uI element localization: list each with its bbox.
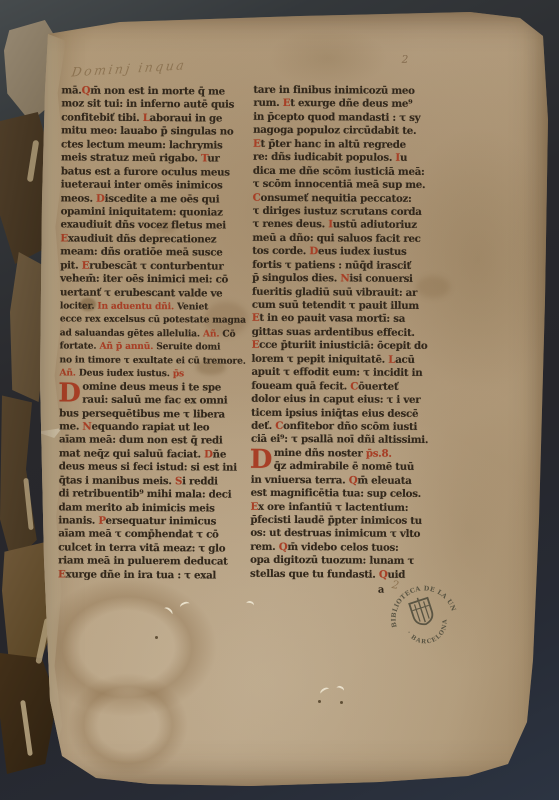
body-text: ōuerteť (358, 380, 398, 392)
body-text: q̄z admirabile ē nomē tuū (274, 460, 414, 473)
body-text: in vniuersa terra. (251, 473, 349, 486)
rubric-text: Añ p̄ annū. (99, 341, 153, 352)
body-text: ciā ei⁹: τ psallā noī dñi altissimi. (251, 433, 428, 446)
body-text: meū a dño: qui saluos facit rec (252, 232, 420, 245)
text-line: est magnificētia tua: sup celos. (251, 487, 451, 502)
body-text: opamini iniquitatem: quoniaz (61, 205, 223, 218)
folio-number: 2 (402, 54, 409, 66)
rubric-text: p̄s (173, 368, 184, 379)
text-line: tos corde. Deus iudex iustus (252, 245, 452, 260)
text-line: moz sit tui: in inferno autē quis (61, 98, 247, 113)
body-text: xaudiuit dñs deprecationez (68, 232, 216, 245)
text-line: deus meus si feci istud: si est ini (59, 461, 245, 476)
rubric-text: C (275, 420, 283, 432)
body-text: est magnificētia tua: sup celos. (251, 487, 421, 500)
rubric-text: E (58, 568, 66, 580)
binding-tatter (0, 392, 40, 564)
rubric-text: E (82, 259, 90, 271)
body-text: τ diriges iustuz scrutans corda (253, 205, 422, 218)
body-text: onfitebor dño scōm iusti (283, 420, 417, 433)
text-line: Domine deus meus i te spe (59, 380, 245, 395)
text-line: ticem ipsius iniq̄tas eius descē (251, 406, 451, 421)
body-text: aīam meā: dum non est q̄ redi (59, 434, 223, 447)
rubric-text: E (252, 312, 260, 324)
rubric-text: Q (349, 474, 358, 486)
body-text: dolor eius in caput eius: τ i ver (251, 393, 420, 406)
rubric-text: E (250, 500, 258, 512)
body-text: onsumeť nequitia peccatoz: (261, 191, 412, 204)
body-text: aīam meā τ comp̄hendat τ cō (58, 528, 218, 541)
body-text: dam merito ab inimicis meis (58, 501, 214, 514)
body-text: i reddi (182, 475, 218, 487)
photo-backdrop: Dominj inqua 2 mā.Qm̄ non est in morte q… (0, 0, 559, 800)
body-text: fortate. (60, 341, 100, 352)
text-line: exaudiuit dñs vocez fletus mei (60, 219, 246, 234)
rubric-text: D (309, 245, 318, 257)
body-text: aboraui in ge (150, 112, 223, 125)
rubric-text: Q (82, 85, 91, 97)
text-line: raui: saluū me fac ex omni (59, 393, 245, 408)
text-column-left: mā.Qm̄ non est in morte q̄ memoz sit tui… (58, 84, 247, 582)
body-text: meam: dñs oratiōe meā susce (60, 246, 222, 259)
body-text: mine dñs noster (274, 447, 366, 460)
body-text: opa digitozū tuozum: lunam τ (250, 554, 414, 567)
body-text: me. (59, 420, 82, 432)
body-text: ecce rex excelsus cū potestate magna (60, 314, 246, 326)
body-text: ctes lectum meum: lachrymis (61, 138, 223, 151)
body-text: mat neq̄z qui saluū faciat. (59, 447, 204, 460)
text-line: Et in eo pauit vasa mortī: sa (252, 312, 452, 327)
text-line: meam: dñs oratiōe meā susce (60, 246, 246, 261)
text-line: re: dñs iudicabit populos. Iu (253, 151, 453, 166)
text-line: nagoga populoz circūdabit te. (253, 124, 453, 139)
text-line: vehem̄: iter oēs inimici mei: cō (60, 273, 246, 288)
rubric-text: E (253, 138, 261, 150)
text-line: iueteraui inter omēs inimicos (61, 178, 247, 193)
body-text: batus est a furore oculus meus (61, 165, 230, 178)
body-text: deť. (251, 420, 275, 432)
text-line: q̄z admirabile ē nomē tuū (251, 460, 451, 475)
body-text: deus meus si feci istud: si est ini (59, 461, 237, 474)
body-text: culcet in terra vitā meaz: τ glo (58, 541, 225, 554)
text-line: apuit τ effodit eum: τ incidit in (251, 366, 451, 381)
text-block: Dominj inqua 2 mā.Qm̄ non est in morte q… (23, 8, 548, 792)
text-line: τ renes deus. Iustū adiutoriuz (252, 218, 452, 233)
text-line: os: ut destruas inimicum τ vlto (250, 527, 450, 542)
body-text: m̄ videbo celos tuos: (287, 541, 398, 554)
body-text: q̄tas i manibus meis. (59, 474, 175, 487)
body-text: iueteraui inter omēs inimicos (61, 178, 223, 191)
text-line: ad saluandas gētes allelulia. Añ. Cō (60, 326, 246, 341)
body-text: ersequatur inimicus (106, 515, 217, 528)
body-text: moz sit tui: in inferno autē quis (61, 98, 234, 111)
body-text: iscedite a me oēs qui (105, 192, 220, 205)
body-text: raui: saluū me fac ex omni (82, 394, 227, 407)
body-text: x ore infantiū τ lactentium: (258, 500, 408, 513)
body-text: Seruite domi (153, 341, 220, 352)
text-line: aīam meā τ comp̄hendat τ cō (58, 528, 244, 543)
body-text: apuit τ effodit eum: τ incidit in (251, 366, 422, 379)
body-text: xurge dñe in ira tua : τ exal (66, 568, 217, 581)
rubric-text: C (253, 191, 261, 203)
text-line: ciā ei⁹: τ psallā noī dñi altissimi. (251, 433, 451, 448)
handwritten-annotation: Dominj inqua (71, 54, 243, 80)
rubric-text: N (340, 272, 349, 284)
body-text: m̄ eleuata (357, 474, 411, 486)
text-line: p̄ singulos dies. Nisi conuersi (252, 272, 452, 287)
text-line: Exurge dñe in ira tua : τ exal (58, 568, 244, 583)
body-text: p̄ singulos dies. (252, 272, 340, 285)
body-text: t in eo pauit vasa mortī: sa (259, 312, 405, 325)
body-text: t p̄ter hanc in altū regrede (261, 138, 406, 151)
body-text: u (400, 152, 407, 164)
body-text: equando rapiat ut leo (91, 421, 209, 434)
body-text: tare in finibus inimicozū meo (253, 84, 414, 97)
text-column-right: tare in finibus inimicozū meorum. Et exu… (250, 84, 453, 583)
body-text: vehem̄: iter oēs inimici mei: cō (60, 273, 228, 286)
stamp-shield-icon (408, 595, 435, 627)
text-line: aīam meā: dum non est q̄ redi (59, 434, 245, 449)
body-text: acū (395, 354, 415, 366)
body-text: ur (207, 153, 219, 165)
body-text: dica me dñe scōm iusticiā meā: (253, 164, 425, 177)
body-text: m̄ non est in morte q̄ me (90, 85, 225, 98)
rubric-text: D (96, 192, 105, 204)
body-text: rem. (250, 541, 279, 553)
body-text: stellas que tu fundasti. (250, 567, 379, 580)
body-text: isi conuersi (349, 273, 412, 285)
rubric-text: Añ. (203, 328, 219, 339)
body-text: re: dñs iudicabit populos. (253, 151, 396, 164)
rubric-text: E (283, 97, 291, 109)
text-line: meis stratuz meū rigabo. Tur (61, 152, 247, 167)
rubric-text: C (350, 380, 358, 392)
body-text: ustū adiutoriuz (333, 219, 417, 232)
body-text: Deus iudex iustus. (76, 368, 173, 380)
body-text: cce p̄turiit iniusticiā: ōcepit do (259, 339, 427, 352)
text-line: di retribuentib⁹ mihi mala: deci (59, 488, 245, 503)
rubric-text: E (60, 232, 68, 244)
text-line: dolor eius in caput eius: τ i ver (251, 393, 451, 408)
body-text: pit. (60, 259, 82, 271)
body-text: fueritis gladiū suū vibrauit: ar (252, 285, 417, 298)
rubric-text: D (204, 448, 213, 460)
body-text: inanis. (58, 514, 98, 526)
body-text: omine deus meus i te spe (82, 380, 221, 393)
body-text: confitebiť tibi. (61, 111, 143, 124)
body-text: in p̄cepto quod mandasti : τ sy (253, 111, 420, 124)
text-line: mitu meo: lauabo p̄ singulas no (61, 125, 247, 140)
body-text: meos. (61, 192, 96, 204)
body-text: rubescāt τ conturbentur (89, 259, 223, 272)
body-text: os: ut destruas inimicum τ vlto (250, 527, 420, 540)
body-text: riam meā in puluerem deducat (58, 555, 228, 568)
rubric-text: Añ. (59, 368, 75, 379)
text-line: ecce rex excelsus cū potestate magna (60, 313, 246, 328)
body-text: gittas suas ardentibus effecit. (252, 326, 415, 339)
body-text: tos corde. (252, 245, 309, 257)
body-text: rum. (253, 97, 282, 109)
text-line: rum. Et exurge dñe deus me⁹ (253, 97, 453, 112)
text-line: bus persequētibus me τ libera (59, 407, 245, 422)
text-line: riam meā in puluerem deducat (58, 555, 244, 570)
rubric-text: In aduentu dñi. (97, 301, 174, 313)
body-text: p̄fecisti laudē p̄pter inimicos tu (250, 514, 422, 527)
body-text: ad saluandas gētes allelulia. (60, 327, 203, 339)
body-text: ñe (213, 448, 226, 460)
body-text: uertanť τ erubescant valde ve (60, 286, 222, 299)
rubric-text: Q (279, 541, 288, 553)
body-text: bus persequētibus me τ libera (59, 407, 225, 420)
body-text: lociter. (60, 300, 98, 311)
body-text: foueam quā fecit. (251, 379, 350, 392)
text-line: Añ. Deus iudex iustus. p̄s (59, 367, 245, 382)
book-page: Dominj inqua 2 mā.Qm̄ non est in morte q… (28, 10, 548, 790)
body-text: τ scōm innocentiā meā sup me. (253, 178, 426, 191)
rubric-text: p̄s.8. (366, 447, 392, 459)
text-line: τ scōm innocentiā meā sup me. (253, 178, 453, 193)
body-text: ticem ipsius iniq̄tas eius descē (251, 406, 418, 419)
body-text: Cō (219, 328, 235, 339)
text-line: dam merito ab inimicis meis (58, 501, 244, 516)
text-line: lociter. In aduentu dñi. Veniet (60, 299, 246, 314)
body-text: τ renes deus. (252, 218, 328, 231)
body-text: mā. (61, 84, 81, 96)
rubric-text: E (252, 339, 260, 351)
text-line: Consumeť nequitia peccatoz: (253, 191, 453, 206)
text-line: meos. Discedite a me oēs qui (61, 192, 247, 207)
body-text: no in timore τ exultate ei cū tremore. (60, 354, 246, 366)
body-text: t exurge dñe deus me⁹ (290, 97, 412, 110)
body-text: meis stratuz meū rigabo. (61, 152, 201, 165)
body-text: fortis τ patiens : nūq̄d irasciť (252, 258, 411, 271)
text-line: Ex ore infantiū τ lactentium: (250, 500, 450, 515)
body-text: cum suū tetendit τ pauit illum (252, 299, 419, 312)
text-line: no in timore τ exultate ei cū tremore. (60, 353, 246, 368)
body-text: Veniet (174, 301, 208, 312)
body-text: nagoga populoz circūdabit te. (253, 124, 416, 137)
text-line: fueritis gladiū suū vibrauit: ar (252, 285, 452, 300)
text-line: opa digitozū tuozum: lunam τ (250, 554, 450, 569)
text-line: batus est a furore oculus meus (61, 165, 247, 180)
text-line: Ecce p̄turiit iniusticiā: ōcepit do (252, 339, 452, 354)
body-text: mitu meo: lauabo p̄ singulas no (61, 125, 233, 138)
text-line: uertanť τ erubescant valde ve (60, 286, 246, 301)
text-line: fortate. Añ p̄ annū. Seruite domi (60, 340, 246, 355)
body-text: exaudiuit dñs vocez fletus mei (60, 219, 225, 232)
body-text: eus iudex iustus (318, 245, 407, 258)
body-text: di retribuentib⁹ mihi mala: deci (59, 488, 232, 501)
body-text: lorem τ pepit iniquitatē. (252, 353, 389, 366)
